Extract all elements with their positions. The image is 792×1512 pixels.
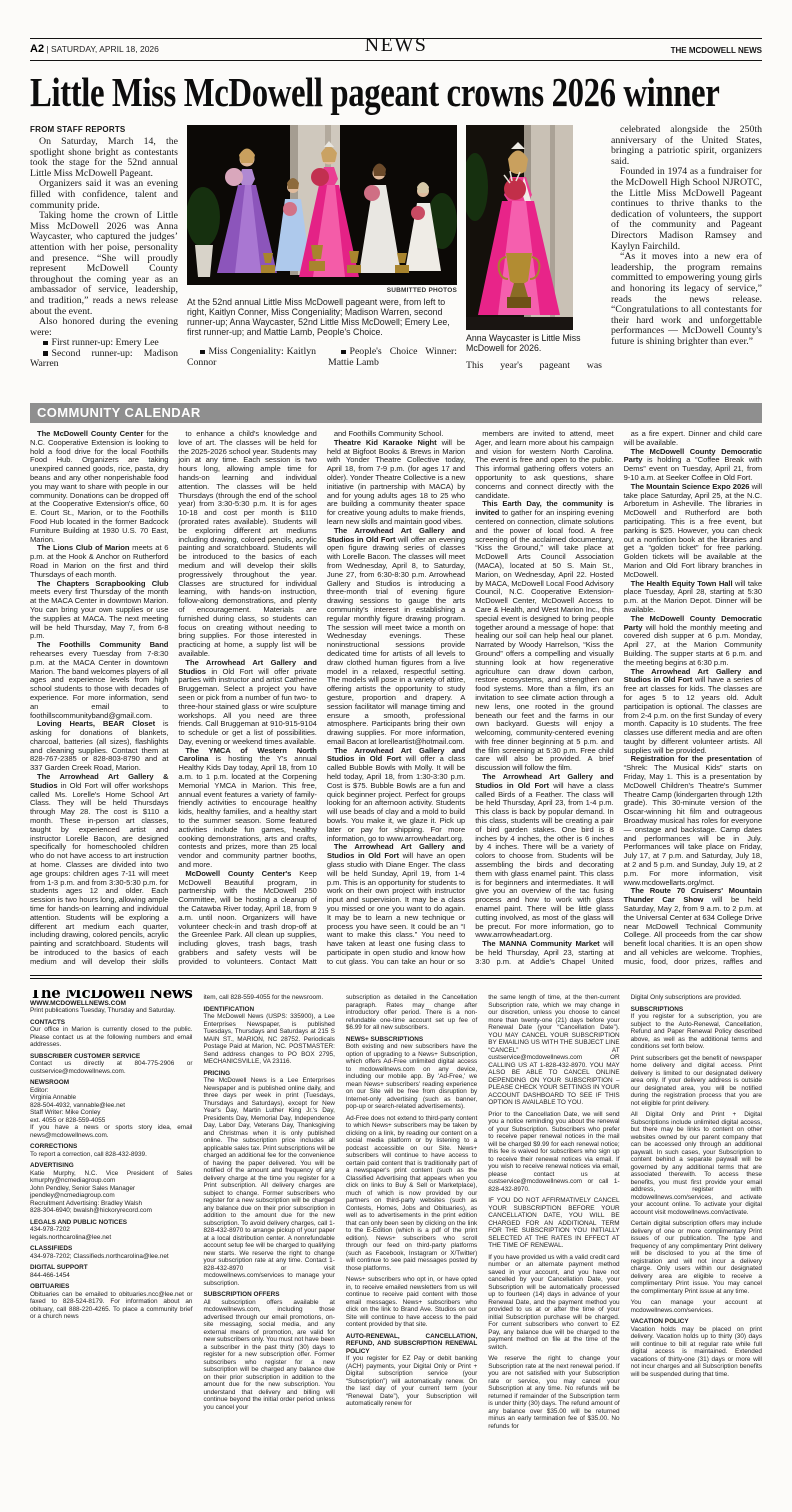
footer-section: IDENTIFICATIONThe McDowell News (USPS: 3… — [203, 1006, 334, 1066]
footer-column-3: subscription as detailed in the Cancella… — [346, 990, 477, 1508]
winner-list-item: Miss Congeniality: Kaitlyn Connor — [187, 347, 316, 368]
calendar-item: McDowell County Center's Keep McDowell B… — [178, 870, 316, 966]
calendar-item-lead: The MANNA Community Market — [482, 939, 599, 948]
footer-section-text: Print subscribers get the benefit of new… — [631, 1055, 762, 1108]
footer-section: subscription as detailed in the Cancella… — [346, 994, 477, 1032]
calendar-item-lead: The Lions Club of Marion — [37, 543, 129, 552]
article-paragraph: “As it moves into a new era of leadershi… — [611, 252, 762, 347]
calendar-item: This Earth Day, the community is invited… — [475, 500, 613, 773]
footer-section-text: Prior to the Cancellation Date, we will … — [488, 1111, 619, 1194]
footer-section: IF YOU DO NOT AFFIRMATIVELY CANCEL YOUR … — [488, 1197, 619, 1250]
calendar-item-text: will have a series of free art classes f… — [624, 675, 762, 754]
calendar-item: The Arrowhead Art Gallery and Studios in… — [327, 843, 465, 966]
footer-section: LEGALS AND PUBLIC NOTICES434-978-7202 le… — [30, 1219, 192, 1242]
footer-section-text: Obituaries can be emailed to obituaries.… — [30, 1291, 192, 1321]
calendar-item: The McDowell County Democratic Party is … — [624, 448, 762, 483]
runner-up-list: First runner-up: Emery LeeSecond runner-… — [30, 338, 178, 370]
footer-section-heading: CORRECTIONS — [30, 1143, 192, 1151]
footer-section: CONTACTSOur office in Marion is currentl… — [30, 1019, 192, 1049]
footer-divider — [30, 975, 762, 979]
calendar-item: Loving Hearts, BEAR Closet is asking for… — [30, 720, 168, 773]
footer-section: DIGITAL SUPPORT844-466-1454 — [30, 1264, 192, 1279]
calendar-item-text: will take place Saturday, April 25, at t… — [624, 482, 762, 579]
calendar-item: The Foothills Community Band rehearses e… — [30, 641, 168, 720]
footer-section-heading: OBITUARIES — [30, 1283, 192, 1291]
footer-section-text: Ad-Free does not extend to third-party c… — [346, 1115, 477, 1273]
footer-section-text: Certain digital subscription offers may … — [631, 1220, 762, 1295]
calendar-item-lead: The McDowell County Center — [37, 430, 143, 438]
article-paragraph: Organizers said it was an evening filled… — [30, 179, 178, 211]
footer-section: Ad-Free does not extend to third-party c… — [346, 1115, 477, 1273]
calendar-item: Theatre Kid Karaoke Night will be held a… — [327, 439, 465, 527]
footer-section-text: IF YOU DO NOT AFFIRMATIVELY CANCEL YOUR … — [488, 1197, 619, 1250]
footer-section-heading: LEGALS AND PUBLIC NOTICES — [30, 1219, 192, 1227]
article-paragraph: Founded in 1974 as a fundraiser for the … — [611, 167, 762, 252]
calendar-item-lead: The Mountain Science Expo 2026 — [631, 482, 750, 491]
calendar-item-lead: Theatre Kid Karaoke Night — [334, 438, 437, 447]
footer-section-heading: VACATION POLICY — [631, 1318, 762, 1326]
footer-section-heading: DIGITAL SUPPORT — [30, 1264, 192, 1272]
calendar-item-text: Keep McDowell Beautiful program, in part… — [178, 869, 316, 966]
calendar-item-lead: The Foothills Community Band — [37, 640, 168, 649]
community-calendar: The McDowell County Center for the N.C. … — [30, 430, 762, 966]
footer-section-text: We reserve the right to change your Subs… — [488, 1355, 619, 1430]
footer-section-text: Contact us directly at 804-775-2906 or c… — [30, 1060, 192, 1075]
group-photo-caption: At the 52nd annual Little Miss McDowell … — [187, 297, 457, 337]
calendar-item: as a fire expert. Dinner and child care … — [624, 430, 762, 448]
calendar-item: The YMCA of Western North Carolina is ho… — [178, 747, 316, 870]
footer-column-2: item, call 828-559-4055 for the newsroom… — [203, 990, 334, 1508]
footer-section-text: To report a correction, call 828-432-893… — [30, 1151, 192, 1159]
footer-section-text: 434-978-7202; Classifieds.northcarolina@… — [30, 1253, 192, 1261]
footer-section: OBITUARIESObituaries can be emailed to o… — [30, 1283, 192, 1321]
article-paragraph: Taking home the crown of Little Miss McD… — [30, 211, 178, 317]
calendar-item-lead: Registration for the presentation — [631, 754, 752, 763]
footer-section: ADVERTISINGKatie Murphy, N.C. Vice Presi… — [30, 1162, 192, 1215]
footer-section: NEWS+ SUBSCRIPTIONSBoth existing and new… — [346, 1036, 477, 1111]
footer-section-text: News+ subscribers who opt in, or have op… — [346, 1276, 477, 1329]
article-paragraphs: On Saturday, March 14, the spotlight sho… — [30, 137, 178, 338]
bullet-square-icon — [341, 350, 346, 355]
calendar-item-lead: The Chapters Scrapbooking Club — [37, 579, 168, 588]
footer-section: SUBSCRIBER CUSTOMER SERVICEContact us di… — [30, 1053, 192, 1076]
calendar-item: The Arrowhead Art Gallery & Studios in O… — [30, 773, 168, 966]
footer-section-text: You can manage your account at mcdowelln… — [631, 1299, 762, 1314]
winner-list-item-text: Miss Congeniality: Kaitlyn Connor — [187, 346, 316, 368]
footer-section-text: All Digital Only and Print + Digital Sub… — [631, 1111, 762, 1216]
calendar-item-text: is asking for donations of blankets, cha… — [30, 719, 168, 772]
footer-section-text: Vacation holds may be placed on print de… — [631, 1326, 762, 1379]
calendar-item: The Arrowhead Art Gallery and Studios in… — [178, 659, 316, 747]
list-item-text: Second runner-up: Madison Warren — [30, 348, 178, 370]
winner-photo-caption: Anna Waycaster is Little Miss McDowell f… — [466, 333, 602, 353]
newspaper-name: THE MCDOWELL NEWS — [671, 46, 762, 55]
article-right-column: celebrated alongside the 250th anniversa… — [611, 125, 762, 395]
footer-section-heading: CLASSIFIEDS — [30, 1245, 192, 1253]
calendar-item-lead: The Health Equity Town Hall — [631, 579, 733, 588]
footer-section-text: Editor: Virginia Annable 828-504-4932, v… — [30, 1087, 192, 1140]
calendar-item: The Arrowhead Art Gallery and Studios in… — [327, 527, 465, 747]
footer-section-text: 434-978-7202 legals.northcarolina@lee.ne… — [30, 1226, 192, 1241]
winner-list-item: People's Choice Winner: Mattie Lamb — [328, 347, 457, 368]
calendar-item-text: is holding a “Coffee Break with Dems” ev… — [624, 455, 762, 482]
footer-section: Certain digital subscription offers may … — [631, 1220, 762, 1295]
footer-section: All Digital Only and Print + Digital Sub… — [631, 1111, 762, 1216]
footer-section: CORRECTIONSTo report a correction, call … — [30, 1143, 192, 1158]
footer-section-text: the same length of time, at the then-cur… — [488, 994, 619, 1107]
bullet-square-icon — [43, 351, 48, 356]
winner-photo-figure: Anna Waycaster is Little Miss McDowell f… — [466, 125, 602, 395]
footer-section: the same length of time, at the then-cur… — [488, 994, 619, 1107]
calendar-item: Registration for the presentation of “Sh… — [624, 755, 762, 887]
calendar-item: The Lions Club of Marion meets at 6 p.m.… — [30, 544, 168, 579]
calendar-item: The Arrowhead Art Gallery and Studios in… — [624, 668, 762, 756]
footer-section-heading: SUBSCRIPTIONS — [631, 1006, 762, 1014]
footer-column-4: the same length of time, at the then-cur… — [488, 990, 619, 1508]
article-left-column: FROM STAFF REPORTS On Saturday, March 14… — [30, 125, 178, 395]
footer-section: Print subscribers get the benefit of new… — [631, 1055, 762, 1108]
footer-section-text: Our office in Marion is currently closed… — [30, 1026, 192, 1049]
calendar-item-text: to gather for an inspiring evening cente… — [475, 508, 613, 772]
calendar-item-text: will offer an evening open figure drawin… — [327, 535, 465, 746]
list-item: Second runner-up: Madison Warren — [30, 349, 178, 370]
headline: Little Miss McDowell pageant crowns 2026… — [30, 68, 762, 116]
footer-section: SUBSCRIPTION OFFERSAll subscription offe… — [203, 1291, 334, 1411]
calendar-item: The Health Equity Town Hall will take pl… — [624, 580, 762, 615]
footer-section: SUBSCRIPTIONSIf you register for a subsc… — [631, 1006, 762, 1051]
calendar-item: to enhance a child's knowledge and love … — [178, 430, 316, 659]
footer-section-heading: SUBSCRIPTION OFFERS — [203, 1291, 334, 1299]
footer-section: CLASSIFIEDS434-978-7202; Classifieds.nor… — [30, 1245, 192, 1260]
list-item-text: First runner-up: Emery Lee — [52, 337, 159, 348]
calendar-item-text: and Foothills Community School. — [334, 430, 443, 438]
footer-publication-note: Print publications Tuesday, Thursday and… — [30, 1007, 192, 1015]
calendar-item-text: will have an open glass studio with Dian… — [327, 851, 465, 966]
calendar-item-text: of “Shrek: The Musical Kids” starts on F… — [624, 754, 762, 886]
footer-section-text: 844-466-1454 — [30, 1272, 192, 1280]
calendar-item-text: will have a class called Birds of a Feat… — [475, 781, 613, 940]
page-header: A2 | SATURDAY, APRIL 18, 2026 NEWS THE M… — [30, 39, 762, 61]
footer-section: News+ subscribers who opt in, or have op… — [346, 1276, 477, 1329]
footer-section-heading: CONTACTS — [30, 1019, 192, 1027]
footer-section: We reserve the right to change your Subs… — [488, 1355, 619, 1430]
calendar-column-3: and Foothills Community School.Theatre K… — [327, 430, 465, 966]
calendar-item: The Chapters Scrapbooking Club meets eve… — [30, 580, 168, 642]
footer-section: Digital Only subscriptions are provided. — [631, 994, 762, 1002]
calendar-item-text: to enhance a child's knowledge and love … — [178, 430, 316, 658]
footer-section-text: Digital Only subscriptions are provided. — [631, 994, 762, 1002]
article-paragraph: celebrated alongside the 250th anniversa… — [611, 125, 762, 167]
calendar-item-text: for the N.C. Cooperative Extension is lo… — [30, 430, 168, 544]
calendar-column-1: The McDowell County Center for the N.C. … — [30, 430, 168, 966]
bullet-square-icon — [43, 341, 48, 346]
calendar-column-2: to enhance a child's knowledge and love … — [178, 430, 316, 966]
footer-section-text: The McDowell News (USPS: 335900), a Lee … — [203, 1013, 334, 1066]
page-number: A2 — [30, 43, 44, 55]
calendar-item-lead: Loving Hearts, BEAR Closet — [37, 719, 155, 728]
footer-section-heading: SUBSCRIBER CUSTOMER SERVICE — [30, 1053, 192, 1061]
footer-section: Prior to the Cancellation Date, we will … — [488, 1111, 619, 1194]
calendar-item-text: will offer a class called Bubble Bowls w… — [327, 754, 465, 842]
newspaper-footer: The McDowell News WWW.MCDOWELLNEWS.COM P… — [30, 990, 762, 1508]
winner-list-item-text: People's Choice Winner: Mattie Lamb — [328, 346, 457, 368]
calendar-item: The MANNA Community Market will be held … — [475, 940, 613, 966]
pageant-group-photo-figure: SUBMITTED PHOTOS At the 52nd annual Litt… — [187, 125, 457, 395]
footer-section: VACATION POLICYVacation holds may be pla… — [631, 1318, 762, 1378]
article-paragraph: On Saturday, March 14, the spotlight sho… — [30, 137, 178, 179]
calendar-item: The Arrowhead Art Gallery and Studios in… — [327, 747, 465, 844]
footer-section-text: If you have provided us with a valid cre… — [488, 1254, 619, 1352]
calendar-item-text: rehearses every Tuesday from 7-8:30 p.m.… — [30, 649, 168, 720]
winners-bullets: Miss Congeniality: Kaitlyn ConnorPeople'… — [187, 347, 457, 368]
footer-section-heading: ADVERTISING — [30, 1162, 192, 1170]
calendar-item: The Route 70 Cruisers' Mountain Thunder … — [624, 887, 762, 966]
calendar-item-text: in Old Fort will offer workshops called … — [30, 781, 168, 966]
article-paragraph: Also honored during the evening were: — [30, 317, 178, 338]
calendar-item-text: members are invited to attend, meet Ager… — [475, 430, 613, 500]
footer-section: You can manage your account at mcdowelln… — [631, 1299, 762, 1314]
footer-column-1: The McDowell News WWW.MCDOWELLNEWS.COM P… — [30, 990, 192, 1508]
photo-credit: SUBMITTED PHOTOS — [187, 287, 457, 294]
calendar-item-text: will be held at Bigfoot Books & Brews in… — [327, 438, 465, 526]
calendar-item: The McDowell County Democratic Party wil… — [624, 615, 762, 668]
calendar-item-text: meets every first Thursday of the month … — [30, 587, 168, 640]
footer-section-heading: NEWS+ SUBSCRIPTIONS — [346, 1036, 477, 1044]
bullet-square-icon — [200, 350, 205, 355]
winner-photo — [466, 125, 573, 330]
footer-section-text: The McDowell News is a Lee Enterprises N… — [203, 1077, 334, 1287]
footer-section-heading: NEWSROOM — [30, 1079, 192, 1087]
footer-section-text: All subscription offers available at mcd… — [203, 1299, 334, 1412]
footer-section-text: If you register for EZ Pay or debit bank… — [346, 1355, 477, 1408]
footer-section-heading: AUTO-RENEWAL, CANCELLATION, REFUND, AND … — [346, 1333, 477, 1356]
article-continuation: This year's pageant was — [466, 361, 602, 372]
pageant-group-photo — [187, 125, 457, 285]
footer-section: PRICINGThe McDowell News is a Lee Enterp… — [203, 1070, 334, 1288]
calendar-column-4: members are invited to attend, meet Ager… — [475, 430, 613, 966]
footer-section-text: subscription as detailed in the Cancella… — [346, 994, 477, 1032]
calendar-item: The Mountain Science Expo 2026 will take… — [624, 483, 762, 580]
footer-section: AUTO-RENEWAL, CANCELLATION, REFUND, AND … — [346, 1333, 477, 1408]
calendar-item: The McDowell County Center for the N.C. … — [30, 430, 168, 544]
community-calendar-banner: COMMUNITY CALENDAR — [30, 403, 762, 423]
footer-section: item, call 828-559-4055 for the newsroom… — [203, 994, 334, 1002]
footer-section-heading: PRICING — [203, 1070, 334, 1078]
footer-section-text: If you register for a subscription, you … — [631, 1013, 762, 1051]
footer-masthead: The McDowell News — [30, 990, 192, 998]
calendar-item-text: in Old Fort will offer private parties w… — [178, 667, 316, 746]
calendar-item: members are invited to attend, meet Ager… — [475, 430, 613, 500]
calendar-item-lead: McDowell County Center's — [185, 869, 291, 878]
newspaper-page: A2 | SATURDAY, APRIL 18, 2026 NEWS THE M… — [0, 0, 792, 1512]
lead-article: FROM STAFF REPORTS On Saturday, March 14… — [30, 125, 762, 395]
issue-date: | SATURDAY, APRIL 18, 2026 — [46, 44, 158, 54]
calendar-item-text: will be held Saturday, May 2, from 9 a.m… — [624, 895, 762, 966]
calendar-item-text: as a fire expert. Dinner and child care … — [624, 430, 762, 447]
footer-section-text: Katie Murphy, N.C. Vice President of Sal… — [30, 1170, 192, 1215]
footer-section-heading: IDENTIFICATION — [203, 1006, 334, 1014]
footer-section: If you have provided us with a valid cre… — [488, 1254, 619, 1352]
footer-section-text: item, call 828-559-4055 for the newsroom… — [203, 994, 334, 1002]
page-number-date: A2 | SATURDAY, APRIL 18, 2026 — [30, 43, 159, 55]
footer-column-5: Digital Only subscriptions are provided.… — [631, 990, 762, 1508]
calendar-item-text: is hosting the Y's annual Healthy Kids D… — [178, 754, 316, 869]
calendar-column-5: as a fire expert. Dinner and child care … — [624, 430, 762, 966]
calendar-item: The Arrowhead Art Gallery and Studios in… — [475, 773, 613, 940]
staff-reports-kicker: FROM STAFF REPORTS — [30, 125, 178, 134]
calendar-item-text: will hold the monthly meeting and covere… — [624, 623, 762, 667]
footer-section: NEWSROOMEditor: Virginia Annable 828-504… — [30, 1079, 192, 1139]
footer-section-text: Both existing and new subscribers have t… — [346, 1043, 477, 1111]
